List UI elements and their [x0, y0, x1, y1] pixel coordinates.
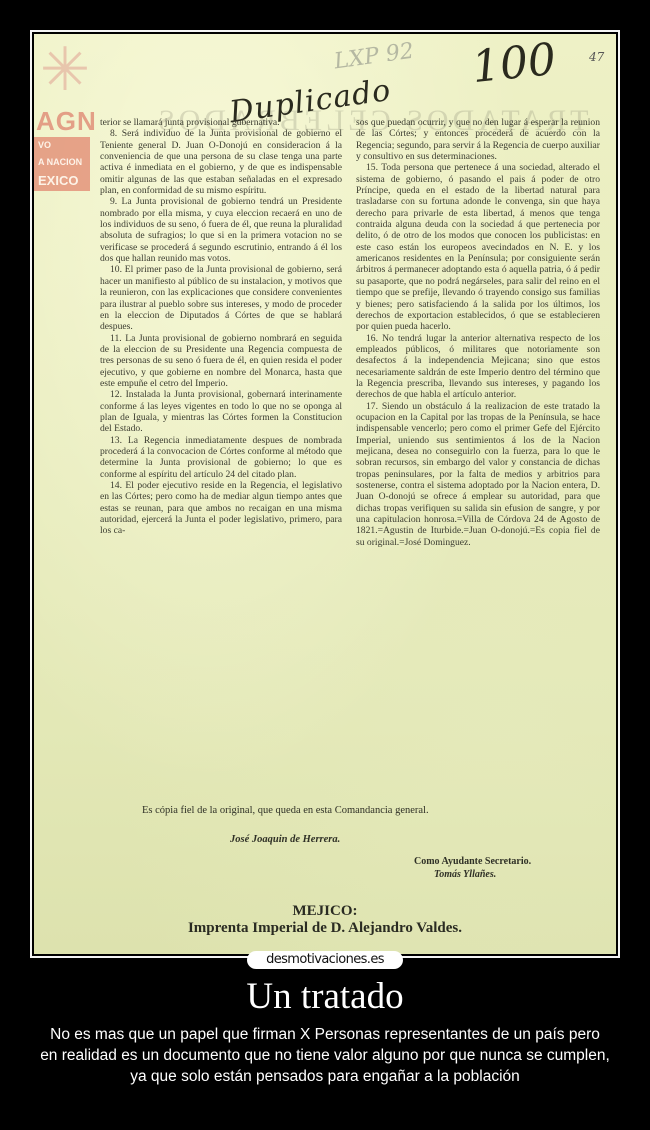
article-15: 15. Toda persona que pertenece á una soc… [356, 162, 600, 332]
signature-yllanes: Tomás Yllañes. [434, 869, 496, 880]
article-11: 11. La Junta provisional de gobierno nom… [100, 333, 342, 390]
agn-logo-text: AGN [36, 106, 97, 137]
signature-role: Como Ayudante Secretario. [414, 856, 531, 867]
left-column: terior se llamará junta provisional gube… [100, 117, 342, 537]
corner-mark: 47 [589, 50, 604, 64]
site-logo[interactable]: desmotivaciones.es [247, 951, 403, 969]
imprint-city: MEJICO: [34, 903, 616, 920]
certification-line: Es cópia fiel de la original, que queda … [142, 805, 429, 816]
article-16: 16. No tendrá lugar la anterior alternat… [356, 333, 600, 401]
poster-caption: No es mas que un papel que firman X Pers… [40, 1024, 610, 1087]
faint-archive-mark: LXP 92 [333, 39, 416, 75]
poster-title: Un tratado [0, 975, 650, 1019]
sun-star-icon: ✳ [36, 34, 94, 106]
right-column: sos que puedan ocurrir, y que no den lug… [356, 117, 600, 548]
agn-band-3: EXICO [34, 171, 90, 191]
paragraph: sos que puedan ocurrir, y que no den lug… [356, 117, 600, 162]
agn-watermark: ✳ AGN VO GENERAL A NACION EXICO [34, 34, 96, 194]
paragraph: terior se llamará junta provisional gube… [100, 117, 342, 128]
agn-band-1: VO GENERAL [34, 137, 90, 154]
article-9: 9. La Junta provisional de gobierno tend… [100, 196, 342, 264]
document-image: ✳ AGN VO GENERAL A NACION EXICO TRATADOS… [34, 34, 616, 954]
article-14: 14. El poder ejecutivo reside en la Rege… [100, 480, 342, 537]
article-8: 8. Será individuo de la Junta provisiona… [100, 128, 342, 196]
handwritten-page-number: 100 [470, 34, 559, 93]
article-13: 13. La Regencia inmediatamente despues d… [100, 435, 342, 480]
article-17: 17. Siendo un obstáculo á la realizacion… [356, 401, 600, 548]
article-10: 10. El primer paso de la Junta provision… [100, 264, 342, 332]
article-12: 12. Instalada la Junta provisional, gobe… [100, 389, 342, 434]
signature-herrera: José Joaquin de Herrera. [230, 834, 340, 845]
imprint-press: Imprenta Imperial de D. Alejandro Valdes… [34, 920, 616, 937]
agn-band-2: A NACION [34, 154, 90, 171]
